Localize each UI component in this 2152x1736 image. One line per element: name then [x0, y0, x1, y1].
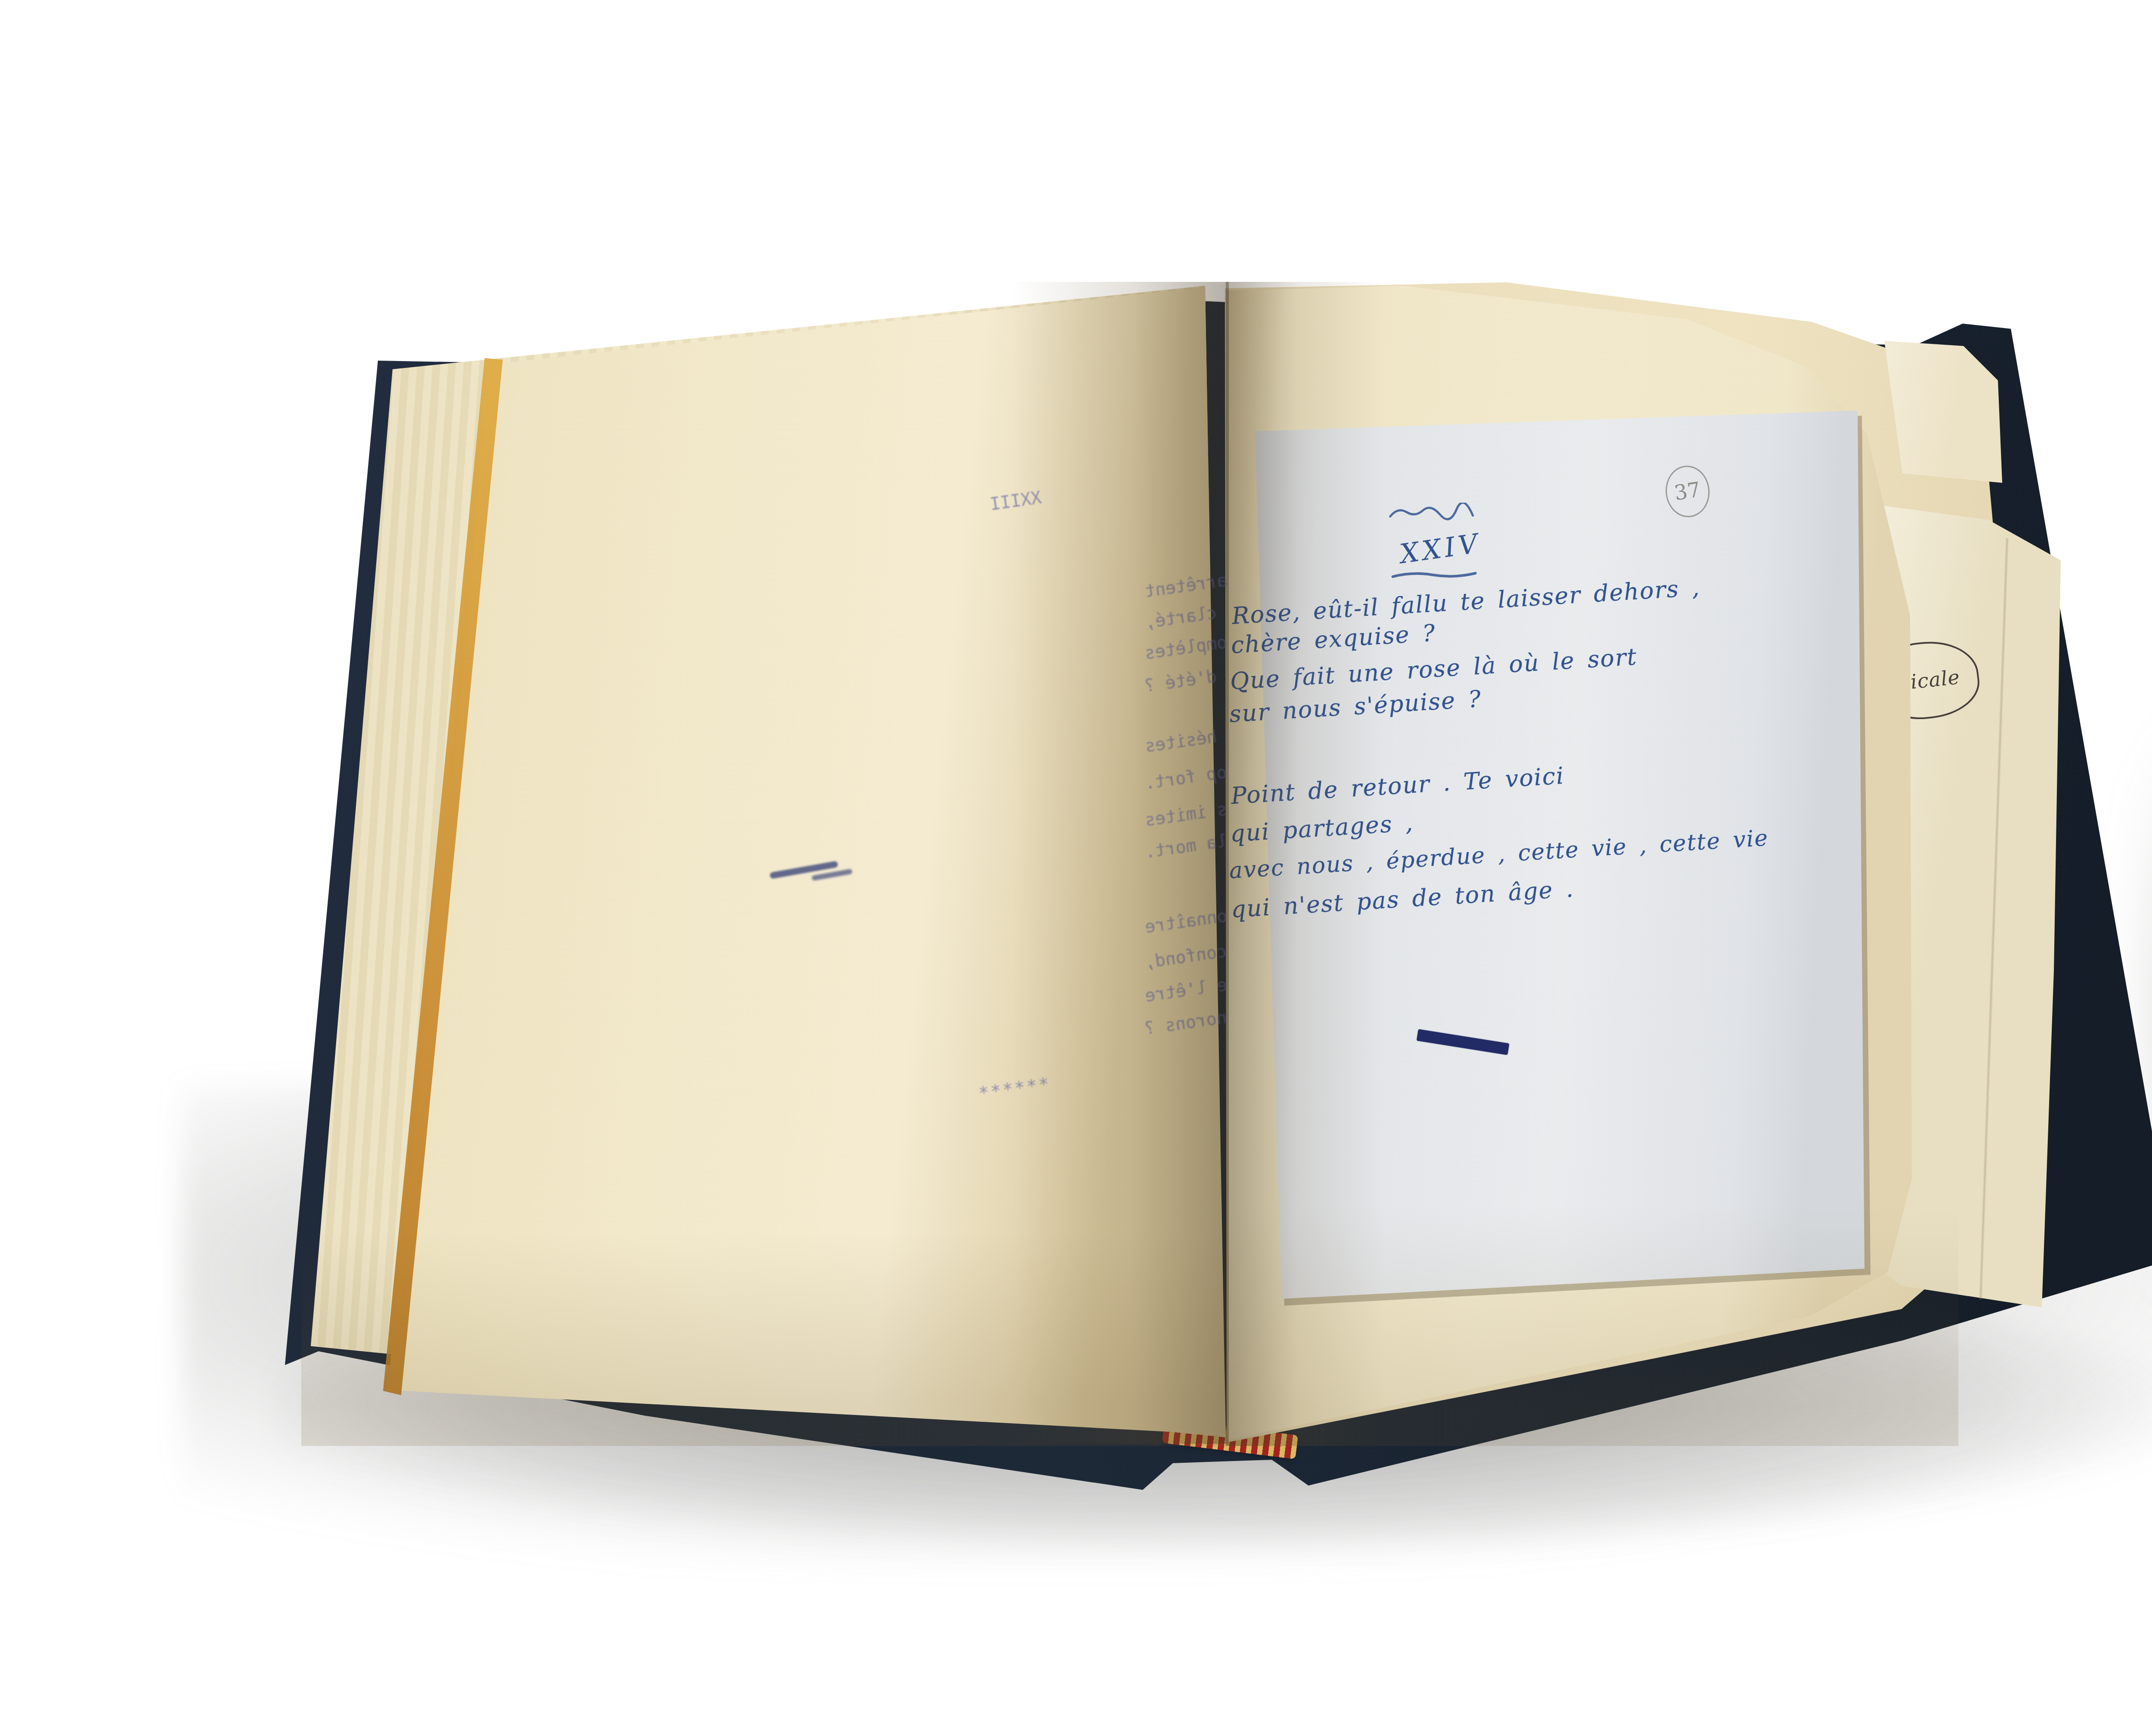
bottom-shadow-left	[301, 1231, 1227, 1446]
sheet-number: 37	[1673, 478, 1702, 506]
bottom-shadow-right	[1227, 1205, 1958, 1446]
photo-canvas: S micale XXIII Rose, venue très tard, qu…	[0, 0, 2152, 1736]
heading-underline-squiggle	[1390, 569, 1481, 582]
heading-overline-squiggle	[1387, 503, 1481, 524]
